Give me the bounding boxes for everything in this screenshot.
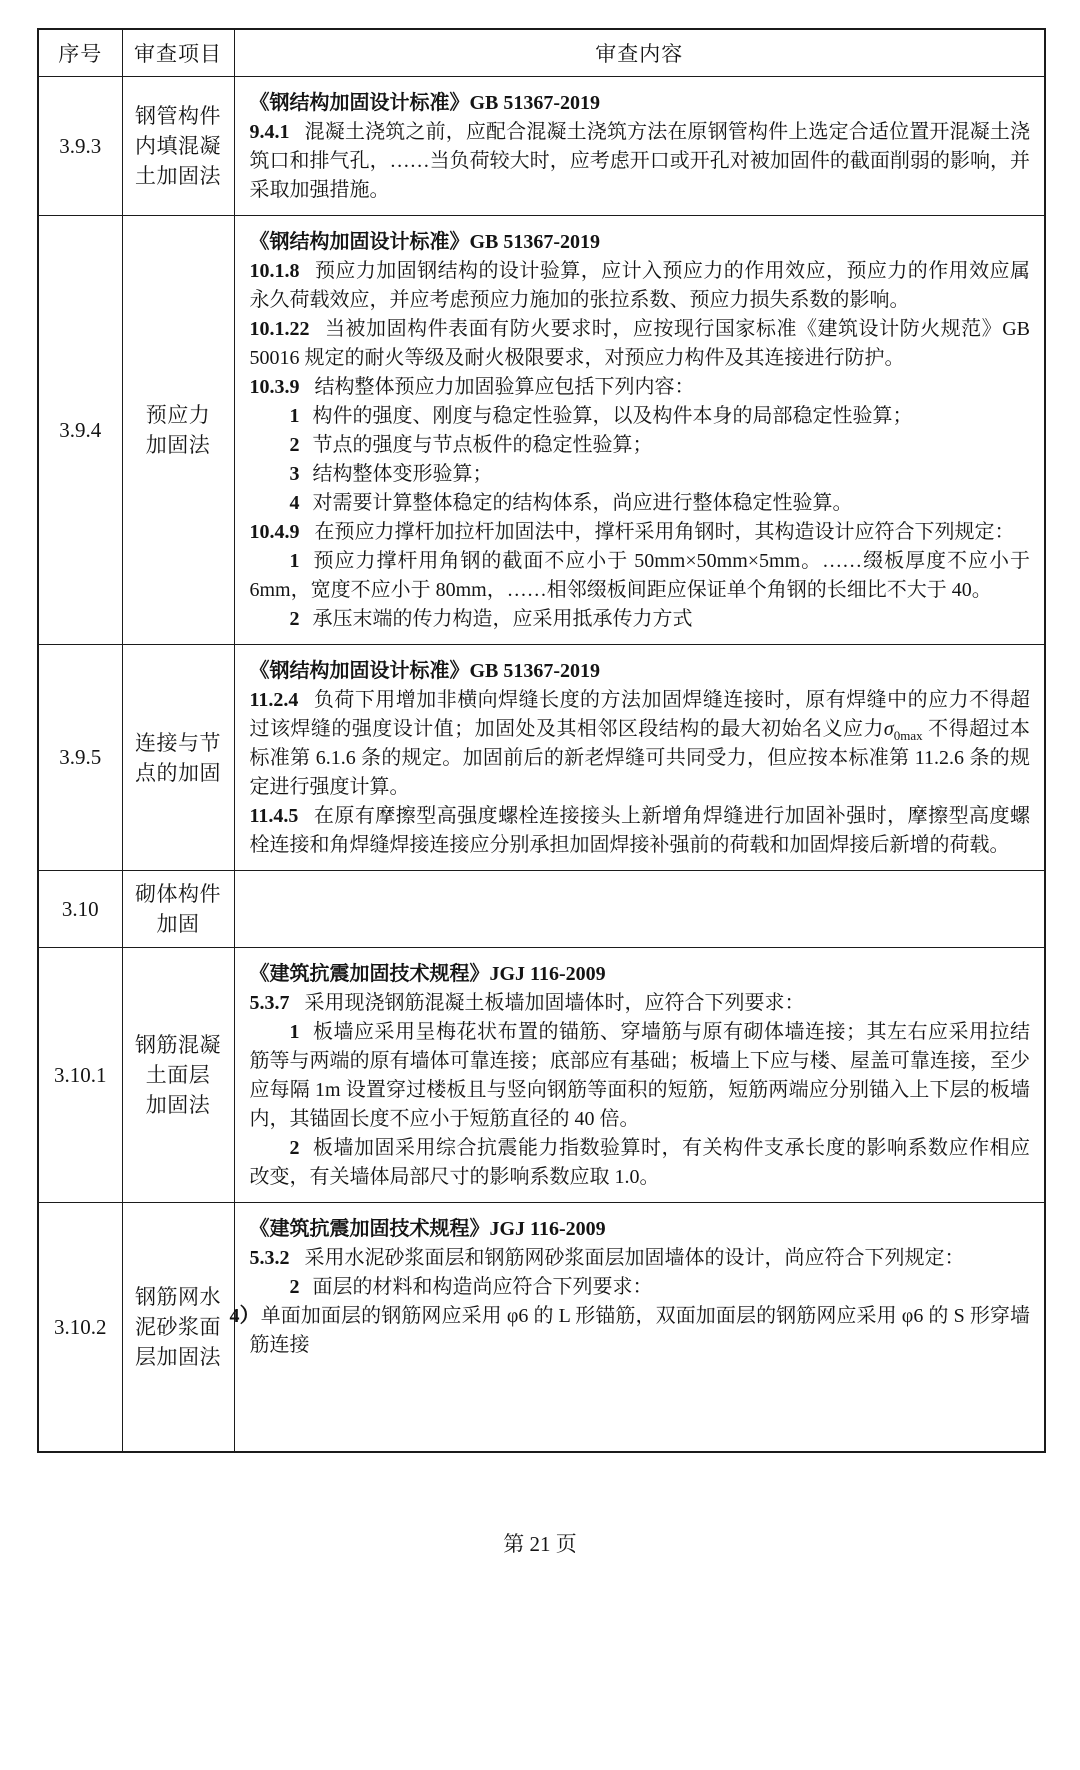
- review-content-cell: 《建筑抗震加固技术规程》JGJ 116-20095.3.7采用现浇钢筋混凝土板墙…: [234, 948, 1045, 1203]
- clause-number: 9.4.1: [250, 121, 290, 143]
- clause-number: 2: [290, 608, 300, 630]
- row-number-cell: 3.10.1: [38, 948, 122, 1203]
- clause-number: 11.2.4: [250, 689, 299, 711]
- clause-paragraph: 3结构整体变形验算；: [250, 460, 1031, 489]
- clause-paragraph: 5.3.2采用水泥砂浆面层和钢筋网砂浆面层加固墙体的设计，尚应符合下列规定：: [250, 1244, 1031, 1273]
- clause-paragraph: 10.3.9结构整体预应力加固验算应包括下列内容：: [250, 373, 1031, 402]
- row-number-cell: 3.10: [38, 871, 122, 948]
- review-content-cell: 《钢结构加固设计标准》GB 51367-201911.2.4负荷下用增加非横向焊…: [234, 645, 1045, 871]
- table-header-row: 序号 审查项目 审查内容: [38, 29, 1045, 77]
- standard-title: 《钢结构加固设计标准》GB 51367-2019: [250, 89, 1031, 118]
- standard-title: 《钢结构加固设计标准》GB 51367-2019: [250, 657, 1031, 686]
- review-table: 序号 审查项目 审查内容 3.9.3钢管构件 内填混凝 土加固法《钢结构加固设计…: [37, 28, 1046, 1453]
- header-seq: 序号: [38, 29, 122, 77]
- table-body: 3.9.3钢管构件 内填混凝 土加固法《钢结构加固设计标准》GB 51367-2…: [38, 77, 1045, 1453]
- clause-paragraph: 10.1.22当被加固构件表面有防火要求时，应按现行国家标准《建筑设计防火规范》…: [250, 315, 1031, 373]
- review-content-cell: 《建筑抗震加固技术规程》JGJ 116-20095.3.2采用水泥砂浆面层和钢筋…: [234, 1203, 1045, 1453]
- review-content-cell: 《钢结构加固设计标准》GB 51367-201910.1.8预应力加固钢结构的设…: [234, 216, 1045, 645]
- table-row: 3.10.1钢筋混凝 土面层 加固法《建筑抗震加固技术规程》JGJ 116-20…: [38, 948, 1045, 1203]
- standard-title: 《建筑抗震加固技术规程》JGJ 116-2009: [250, 960, 1031, 989]
- clause-paragraph: 5.3.7采用现浇钢筋混凝土板墙加固墙体时，应符合下列要求：: [250, 989, 1031, 1018]
- header-item: 审查项目: [122, 29, 234, 77]
- clause-paragraph: 1板墙应采用呈梅花状布置的锚筋、穿墙筋与原有砌体墙连接；其左右应采用拉结筋等与两…: [250, 1018, 1031, 1134]
- clause-number: 10.3.9: [250, 376, 300, 398]
- clause-paragraph: 4对需要计算整体稳定的结构体系，尚应进行整体稳定性验算。: [250, 489, 1031, 518]
- document-page: 序号 审查项目 审查内容 3.9.3钢管构件 内填混凝 土加固法《钢结构加固设计…: [0, 0, 1080, 1770]
- standard-title: 《建筑抗震加固技术规程》JGJ 116-2009: [250, 1215, 1031, 1244]
- standard-title: 《钢结构加固设计标准》GB 51367-2019: [250, 228, 1031, 257]
- review-item-cell: 砌体构件 加固: [122, 871, 234, 948]
- clause-paragraph: 10.4.9在预应力撑杆加拉杆加固法中，撑杆采用角钢时，其构造设计应符合下列规定…: [250, 518, 1031, 547]
- clause-paragraph: 2面层的材料和构造尚应符合下列要求：: [250, 1273, 1031, 1302]
- clause-paragraph: 2板墙加固采用综合抗震能力指数验算时，有关构件支承长度的影响系数应作相应改变，有…: [250, 1134, 1031, 1192]
- clause-number: 2: [290, 1276, 300, 1298]
- table-row: 3.9.5连接与节 点的加固《钢结构加固设计标准》GB 51367-201911…: [38, 645, 1045, 871]
- review-item-cell: 预应力 加固法: [122, 216, 234, 645]
- clause-number: 5.3.2: [250, 1247, 290, 1269]
- clause-number: 1: [290, 550, 300, 572]
- review-item-cell: 钢筋网水 泥砂浆面 层加固法: [122, 1203, 234, 1453]
- clause-paragraph: 11.4.5在原有摩擦型高强度螺栓连接接头上新增角焊缝进行加固补强时，摩擦型高度…: [250, 802, 1031, 860]
- clause-number: 2: [290, 1137, 300, 1159]
- row-number-cell: 3.10.2: [38, 1203, 122, 1453]
- clause-paragraph: 1预应力撑杆用角钢的截面不应小于 50mm×50mm×5mm。……缀板厚度不应小…: [250, 547, 1031, 605]
- clause-number: 2: [290, 434, 300, 456]
- clause-number: 10.1.8: [250, 260, 300, 282]
- clause-number: 3: [290, 463, 300, 485]
- row-number-cell: 3.9.4: [38, 216, 122, 645]
- clause-number: 1: [290, 405, 300, 427]
- clause-number: 4）: [230, 1305, 260, 1327]
- review-content-cell: 《钢结构加固设计标准》GB 51367-20199.4.1混凝土浇筑之前，应配合…: [234, 77, 1045, 216]
- clause-number: 5.3.7: [250, 992, 290, 1014]
- clause-paragraph: 2节点的强度与节点板件的稳定性验算；: [250, 431, 1031, 460]
- row-number-cell: 3.9.5: [38, 645, 122, 871]
- clause-number: 10.1.22: [250, 318, 310, 340]
- clause-number: 10.4.9: [250, 521, 300, 543]
- clause-paragraph: 11.2.4负荷下用增加非横向焊缝长度的方法加固焊缝连接时，原有焊缝中的应力不得…: [250, 686, 1031, 802]
- page-number: 第 21 页: [0, 1528, 1080, 1558]
- clause-paragraph: 10.1.8预应力加固钢结构的设计验算，应计入预应力的作用效应，预应力的作用效应…: [250, 257, 1031, 315]
- clause-number: 1: [290, 1021, 300, 1043]
- table-row: 3.10.2钢筋网水 泥砂浆面 层加固法《建筑抗震加固技术规程》JGJ 116-…: [38, 1203, 1045, 1453]
- table-row: 3.9.4预应力 加固法《钢结构加固设计标准》GB 51367-201910.1…: [38, 216, 1045, 645]
- clause-number: 11.4.5: [250, 805, 299, 827]
- row-number-cell: 3.9.3: [38, 77, 122, 216]
- review-content-cell: [234, 871, 1045, 948]
- review-item-cell: 连接与节 点的加固: [122, 645, 234, 871]
- clause-paragraph: 2承压末端的传力构造，应采用抵承传力方式: [250, 605, 1031, 634]
- table-row: 3.10砌体构件 加固: [38, 871, 1045, 948]
- clause-paragraph: 4）单面加面层的钢筋网应采用 φ6 的 L 形锚筋，双面加面层的钢筋网应采用 φ…: [250, 1302, 1031, 1360]
- clause-number: 4: [290, 492, 300, 514]
- clause-paragraph: 9.4.1混凝土浇筑之前，应配合混凝土浇筑方法在原钢管构件上选定合适位置开混凝土…: [250, 118, 1031, 205]
- review-item-cell: 钢筋混凝 土面层 加固法: [122, 948, 234, 1203]
- header-content: 审查内容: [234, 29, 1045, 77]
- review-item-cell: 钢管构件 内填混凝 土加固法: [122, 77, 234, 216]
- table-row: 3.9.3钢管构件 内填混凝 土加固法《钢结构加固设计标准》GB 51367-2…: [38, 77, 1045, 216]
- clause-paragraph: 1构件的强度、刚度与稳定性验算，以及构件本身的局部稳定性验算；: [250, 402, 1031, 431]
